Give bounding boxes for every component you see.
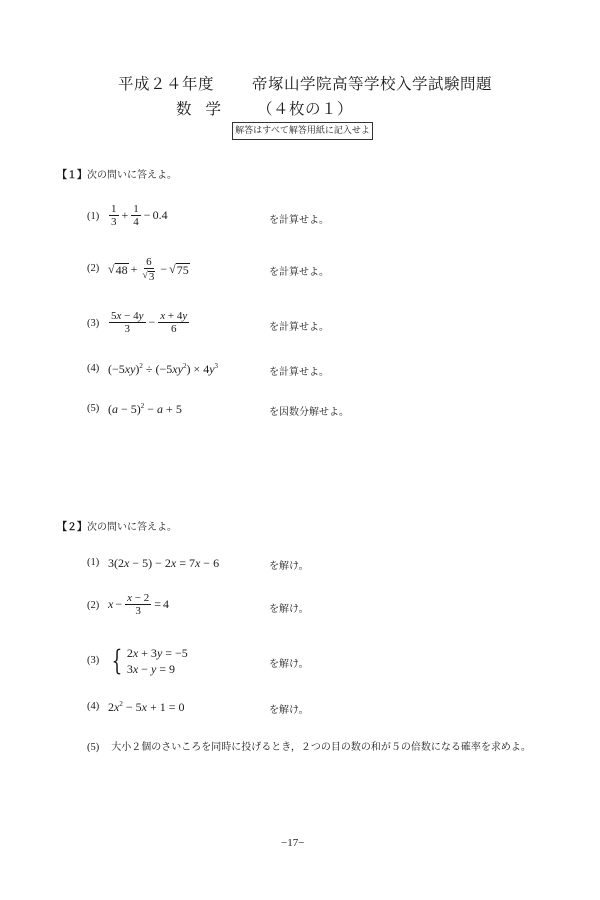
section-1-label: 【１】 xyxy=(57,170,87,181)
problem-number: (1) xyxy=(87,557,99,568)
sheet-label: （４枚の１） xyxy=(257,100,353,118)
math-expression: (a − 5)2 − a + 5 xyxy=(108,402,182,417)
problem-text: 大小２個のさいころを同時に投げるとき，２つの目の数の和が５の倍数になる確率を求め… xyxy=(111,742,531,753)
section-1-heading: 【１】次の問いに答えよ。 xyxy=(57,166,177,181)
problem-instruction: を解け。 xyxy=(269,655,309,670)
problem-instruction: を計算せよ。 xyxy=(269,318,329,333)
problem-2-5: (5)大小２個のさいころを同時に投げるとき，２つの目の数の和が５の倍数になる確率… xyxy=(87,738,531,753)
problem-instruction: を因数分解せよ。 xyxy=(269,403,349,418)
math-expression: (−5xy)2 ÷ (−5xy2) × 4y3 xyxy=(108,362,218,377)
math-expression: x−x − 23=4 xyxy=(108,592,169,617)
exam-year: 平成２４年度 xyxy=(118,75,214,93)
exam-subtitle: 数学（４枚の１） xyxy=(176,97,353,119)
math-expression: 2x2 − 5x + 1 = 0 xyxy=(108,700,184,715)
problem-1-4: (4) (−5xy)2 ÷ (−5xy2) × 4y3 を計算せよ。 xyxy=(87,362,567,402)
section-2-label: 【２】 xyxy=(57,522,87,533)
problem-number: (5) xyxy=(87,403,99,414)
math-expression: 5x − 4y3−x + 4y6 xyxy=(108,310,190,335)
subject-label: 数学 xyxy=(176,100,235,118)
problem-instruction: を計算せよ。 xyxy=(269,363,329,378)
problem-number: (4) xyxy=(87,701,99,712)
problem-2-3: (3) {2x + 3y = −53x − y = 9 を解け。 xyxy=(87,645,567,685)
problem-2-2: (2) x−x − 23=4 を解け。 xyxy=(87,592,567,632)
problem-instruction: を計算せよ。 xyxy=(269,211,329,226)
exam-school-title: 帝塚山学院高等学校入学試験問題 xyxy=(252,75,492,93)
problem-number: (2) xyxy=(87,600,99,611)
problem-number: (3) xyxy=(87,318,99,329)
math-expression: √48+6√3−√75 xyxy=(108,256,190,282)
math-expression: 13+14−0.4 xyxy=(108,203,168,228)
problem-1-3: (3) 5x − 4y3−x + 4y6 を計算せよ。 xyxy=(87,310,567,350)
section-2-prompt: 次の問いに答えよ。 xyxy=(87,522,177,533)
problem-number: (3) xyxy=(87,655,99,666)
problem-instruction: を解け。 xyxy=(269,600,309,615)
exam-title: 平成２４年度帝塚山学院高等学校入学試験問題 xyxy=(118,72,492,94)
problem-2-1: (1) 3(2x − 5) − 2x = 7x − 6 を解け。 xyxy=(87,556,567,596)
problem-1-1: (1) 13+14−0.4 を計算せよ。 xyxy=(87,203,567,243)
page-number: −17− xyxy=(281,837,304,849)
math-expression: {2x + 3y = −53x − y = 9 xyxy=(108,645,188,677)
math-expression: 3(2x − 5) − 2x = 7x − 6 xyxy=(108,556,219,571)
section-1-prompt: 次の問いに答えよ。 xyxy=(87,170,177,181)
problem-1-2: (2) √48+6√3−√75 を計算せよ。 xyxy=(87,256,567,296)
problem-number: (1) xyxy=(87,211,99,222)
problem-instruction: を解け。 xyxy=(269,701,309,716)
problem-instruction: を計算せよ。 xyxy=(269,263,329,278)
problem-number: (4) xyxy=(87,363,99,374)
problem-2-4: (4) 2x2 − 5x + 1 = 0 を解け。 xyxy=(87,700,567,740)
problem-number: (2) xyxy=(87,263,99,274)
problem-number: (5) xyxy=(87,742,99,753)
problem-instruction: を解け。 xyxy=(269,557,309,572)
section-2-heading: 【２】次の問いに答えよ。 xyxy=(57,518,177,533)
answer-notice-box: 解答はすべて解答用紙に記入せよ xyxy=(232,122,373,140)
problem-1-5: (5) (a − 5)2 − a + 5 を因数分解せよ。 xyxy=(87,402,567,442)
